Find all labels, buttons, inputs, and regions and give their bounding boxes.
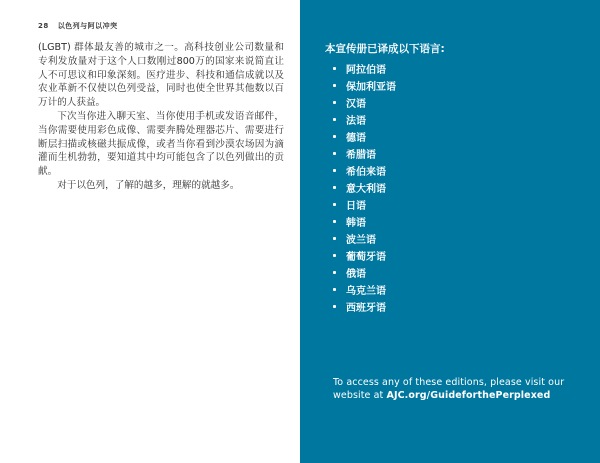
- website-url: AJC.org/GuideforthePerplexed: [387, 390, 551, 401]
- paragraph: 对于以色列，了解的越多，理解的就越多。: [38, 179, 284, 193]
- list-item: 希腊语: [333, 145, 396, 162]
- bullet-icon: [333, 118, 336, 121]
- bullet-icon: [333, 203, 336, 206]
- languages-list: 阿拉伯语 保加利亚语 汉语 法语 德语 希腊语 希伯来语 意大利语 日语 韩语 …: [333, 60, 396, 315]
- list-item: 波兰语: [333, 230, 396, 247]
- chapter-title: 以色列与阿以冲突: [58, 22, 118, 30]
- list-item: 汉语: [333, 94, 396, 111]
- language-label: 德语: [346, 129, 366, 144]
- bullet-icon: [333, 254, 336, 257]
- language-label: 法语: [346, 112, 366, 127]
- bullet-icon: [333, 152, 336, 155]
- language-label: 韩语: [346, 214, 366, 229]
- list-item: 阿拉伯语: [333, 60, 396, 77]
- language-label: 西班牙语: [346, 299, 386, 314]
- language-label: 波兰语: [346, 231, 376, 246]
- bullet-icon: [333, 101, 336, 104]
- running-header: 28 以色列与阿以冲突: [38, 21, 118, 31]
- list-item: 希伯来语: [333, 162, 396, 179]
- footer-note: To access any of these editions, please …: [333, 376, 583, 402]
- language-label: 阿拉伯语: [346, 61, 386, 76]
- language-label: 葡萄牙语: [346, 248, 386, 263]
- footer-line-1: To access any of these editions, please …: [333, 376, 583, 389]
- list-item: 乌克兰语: [333, 281, 396, 298]
- list-item: 日语: [333, 196, 396, 213]
- bullet-icon: [333, 220, 336, 223]
- paragraph: (LGBT) 群体最友善的城市之一。高科技创业公司数量和专利发放量对于这个人口数…: [38, 41, 284, 110]
- footer-line-2: website at AJC.org/GuideforthePerplexed: [333, 389, 583, 402]
- language-label: 希伯来语: [346, 163, 386, 178]
- footer-line-2-prefix: website at: [333, 390, 387, 401]
- language-label: 希腊语: [346, 146, 376, 161]
- list-item: 西班牙语: [333, 298, 396, 315]
- list-item: 法语: [333, 111, 396, 128]
- book-spread: 28 以色列与阿以冲突 (LGBT) 群体最友善的城市之一。高科技创业公司数量和…: [0, 0, 600, 463]
- right-page: 本宣传册已译成以下语言: 阿拉伯语 保加利亚语 汉语 法语 德语 希腊语 希伯来…: [300, 0, 600, 463]
- list-item: 保加利亚语: [333, 77, 396, 94]
- bullet-icon: [333, 305, 336, 308]
- bullet-icon: [333, 84, 336, 87]
- list-item: 意大利语: [333, 179, 396, 196]
- language-label: 日语: [346, 197, 366, 212]
- language-label: 俄语: [346, 265, 366, 280]
- bullet-icon: [333, 288, 336, 291]
- page-number: 28: [38, 22, 49, 30]
- bullet-icon: [333, 186, 336, 189]
- language-label: 保加利亚语: [346, 78, 396, 93]
- bullet-icon: [333, 237, 336, 240]
- body-text-block: (LGBT) 群体最友善的城市之一。高科技创业公司数量和专利发放量对于这个人口数…: [38, 41, 284, 193]
- language-label: 乌克兰语: [346, 282, 386, 297]
- bullet-icon: [333, 169, 336, 172]
- language-label: 意大利语: [346, 180, 386, 195]
- paragraph: 下次当你进入聊天室、当你使用手机或发语音邮件，当你需要使用彩色成像、需要奔腾处理…: [38, 110, 284, 179]
- language-label: 汉语: [346, 95, 366, 110]
- list-item: 德语: [333, 128, 396, 145]
- bullet-icon: [333, 67, 336, 70]
- bullet-icon: [333, 135, 336, 138]
- languages-list-title: 本宣传册已译成以下语言:: [325, 41, 445, 56]
- list-item: 葡萄牙语: [333, 247, 396, 264]
- list-item: 韩语: [333, 213, 396, 230]
- bullet-icon: [333, 271, 336, 274]
- list-item: 俄语: [333, 264, 396, 281]
- left-page: 28 以色列与阿以冲突 (LGBT) 群体最友善的城市之一。高科技创业公司数量和…: [0, 0, 300, 463]
